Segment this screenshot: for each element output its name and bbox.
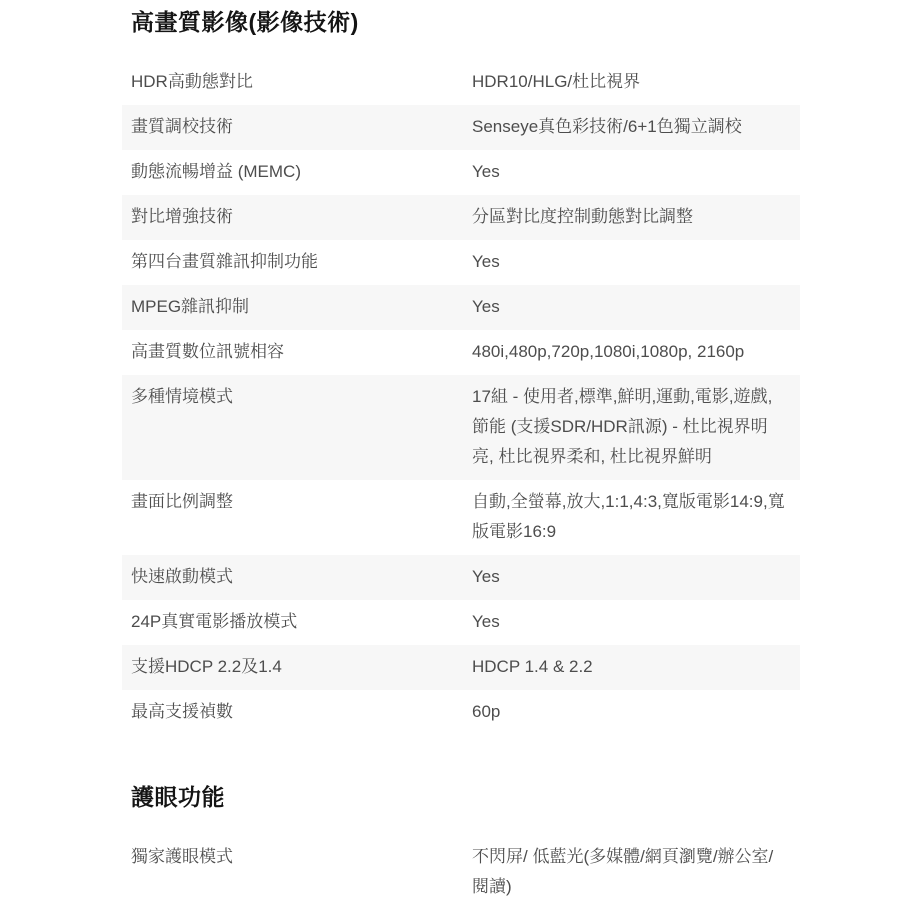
spec-row-analog-noise-reduction: 第四台畫質雜訊抑制功能 Yes [122,240,800,285]
spec-row-eye-care-mode: 獨家護眼模式 不閃屏/ 低藍光(多媒體/網頁瀏覽/辦公室/閱讀) [122,835,800,910]
section-title-image-quality: 高畫質影像(影像技術) [131,8,800,36]
spec-value: 17組 - 使用者,標準,鮮明,運動,電影,遊戲,節能 (支援SDR/HDR訊源… [472,375,800,480]
spec-row-calibration: 畫質調校技術 Senseye真色彩技術/6+1色獨立調校 [122,105,800,150]
spec-value: 480i,480p,720p,1080i,1080p, 2160p [472,330,800,375]
spec-table-eye-care: 獨家護眼模式 不閃屏/ 低藍光(多媒體/網頁瀏覽/辦公室/閱讀) [122,835,800,910]
section-title-eye-care: 護眼功能 [131,783,800,811]
spec-row-digital-signal: 高畫質數位訊號相容 480i,480p,720p,1080i,1080p, 21… [122,330,800,375]
spec-label: 獨家護眼模式 [122,835,472,880]
spec-row-picture-modes: 多種情境模式 17組 - 使用者,標準,鮮明,運動,電影,遊戲,節能 (支援SD… [122,375,800,480]
spec-value: 60p [472,690,800,735]
section-image-quality: 高畫質影像(影像技術) HDR高動態對比 HDR10/HLG/杜比視界 畫質調校… [122,8,800,735]
spec-row-mpeg-noise-reduction: MPEG雜訊抑制 Yes [122,285,800,330]
spec-row-hdr: HDR高動態對比 HDR10/HLG/杜比視界 [122,60,800,105]
section-eye-care: 護眼功能 獨家護眼模式 不閃屏/ 低藍光(多媒體/網頁瀏覽/辦公室/閱讀) [122,783,800,910]
spec-label: MPEG雜訊抑制 [122,285,472,330]
spec-label: 畫質調校技術 [122,105,472,150]
spec-value: HDR10/HLG/杜比視界 [472,60,800,105]
spec-row-24p: 24P真實電影播放模式 Yes [122,600,800,645]
spec-label: 支援HDCP 2.2及1.4 [122,645,472,690]
spec-row-contrast-enhance: 對比增強技術 分區對比度控制動態對比調整 [122,195,800,240]
spec-label: 快速啟動模式 [122,555,472,600]
spec-value: 分區對比度控制動態對比調整 [472,195,800,240]
spec-value: Senseye真色彩技術/6+1色獨立調校 [472,105,800,150]
spec-label: 對比增強技術 [122,195,472,240]
spec-value: Yes [472,150,800,195]
spec-label: 畫面比例調整 [122,480,472,525]
spec-label: 24P真實電影播放模式 [122,600,472,645]
spec-row-max-framerate: 最高支援禎數 60p [122,690,800,735]
spec-row-memc: 動態流暢增益 (MEMC) Yes [122,150,800,195]
spec-label: 第四台畫質雜訊抑制功能 [122,240,472,285]
spec-label: 最高支援禎數 [122,690,472,735]
spec-table-image-quality: HDR高動態對比 HDR10/HLG/杜比視界 畫質調校技術 Senseye真色… [122,60,800,735]
spec-value: HDCP 1.4 & 2.2 [472,645,800,690]
spec-value: Yes [472,600,800,645]
spec-value: 不閃屏/ 低藍光(多媒體/網頁瀏覽/辦公室/閱讀) [472,835,800,910]
spec-label: 動態流暢增益 (MEMC) [122,150,472,195]
spec-label: 多種情境模式 [122,375,472,420]
spec-value: Yes [472,285,800,330]
spec-value: Yes [472,555,800,600]
spec-value: Yes [472,240,800,285]
spec-row-aspect-ratio: 畫面比例調整 自動,全螢幕,放大,1:1,4:3,寬版電影14:9,寬版電影16… [122,480,800,555]
spec-page: 高畫質影像(影像技術) HDR高動態對比 HDR10/HLG/杜比視界 畫質調校… [0,0,800,910]
spec-label: HDR高動態對比 [122,60,472,105]
spec-label: 高畫質數位訊號相容 [122,330,472,375]
spec-row-hdcp: 支援HDCP 2.2及1.4 HDCP 1.4 & 2.2 [122,645,800,690]
spec-value: 自動,全螢幕,放大,1:1,4:3,寬版電影14:9,寬版電影16:9 [472,480,800,555]
spec-row-quick-start: 快速啟動模式 Yes [122,555,800,600]
